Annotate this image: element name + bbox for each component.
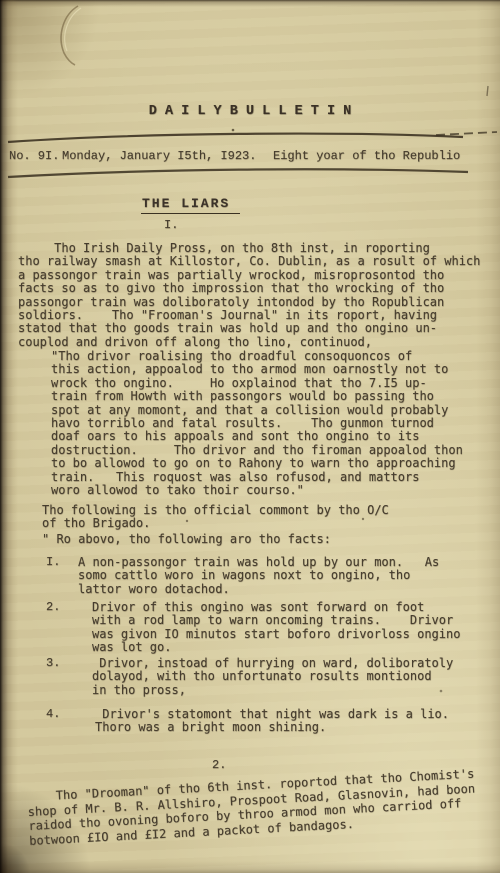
fact-number: I.: [46, 556, 60, 569]
facts-intro: " Ro abovo, tho following aro tho facts:: [42, 533, 331, 546]
paragraph-intro: Tho Irish Daily Pross, on tho 8th inst, …: [18, 242, 480, 349]
comment-intro: Tho following is tho official commont by…: [42, 504, 389, 531]
fact-number: 4.: [46, 708, 60, 721]
section-2-number: 2.: [212, 759, 226, 772]
document-page: D A I L Y B U L L E T I N No. 9I. Monday…: [0, 0, 500, 873]
fact-text: Drivor of this ongino was sont forward o…: [92, 601, 460, 655]
fact-text: Drivor, instoad of hurrying on ward, dol…: [92, 657, 453, 697]
issue-number: No. 9I.: [9, 150, 59, 163]
fact-text: A non-passongor train was hold up by our…: [78, 556, 439, 596]
fact-number: 2.: [46, 601, 60, 614]
masthead-title: D A I L Y B U L L E T I N: [0, 105, 500, 118]
article-title: THE LIARS: [141, 197, 240, 214]
fact-number: 3.: [46, 657, 60, 670]
date-line: Monday, January I5th, I923.: [62, 150, 256, 163]
quoted-statement: "Tho drivor roalising tho droadful conso…: [51, 350, 463, 497]
section-1-number: I.: [164, 219, 178, 232]
fact-text: Drivor's statomont that night was dark i…: [95, 708, 449, 735]
era-line: Eight yoar of tho Republio: [273, 150, 460, 163]
